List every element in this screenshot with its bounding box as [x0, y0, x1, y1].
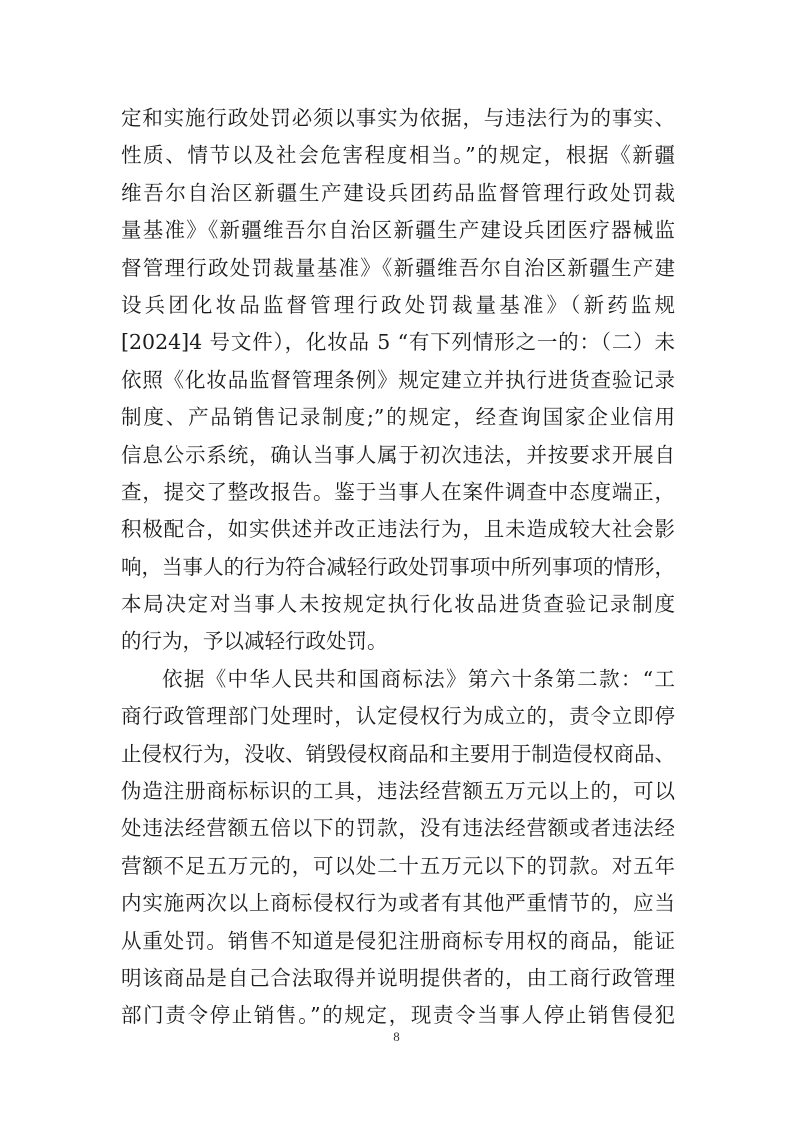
text-line-paragraph-end: 的行为，予以减轻行政处罚。	[121, 623, 675, 660]
text-line-paragraph-start: 依据《中华人民共和国商标法》第六十条第二款：“工	[121, 661, 675, 698]
text-line: 响，当事人的行为符合减轻行政处罚事项中所列事项的情形，	[121, 549, 675, 586]
page-number: 8	[0, 1029, 793, 1045]
text-line: 设兵团化妆品监督管理行政处罚裁量基准》（新药监规	[121, 287, 675, 324]
text-line: 本局决定对当事人未按规定执行化妆品进货查验记录制度	[121, 586, 675, 623]
text-line: 制度、产品销售记录制度;”的规定，经查询国家企业信用	[121, 399, 675, 436]
text-line: 内实施两次以上商标侵权行为或者有其他严重情节的，应当	[121, 885, 675, 922]
text-line: 量基准》《新疆维吾尔自治区新疆生产建设兵团医疗器械监	[121, 212, 675, 249]
text-line: 性质、情节以及社会危害程度相当。”的规定，根据《新疆	[121, 137, 675, 174]
document-body: 定和实施行政处罚必须以事实为依据，与违法行为的事实、 性质、情节以及社会危害程度…	[121, 100, 675, 1035]
text-line: [2024]4 号文件），化妆品 5 “有下列情形之一的：（二）未	[121, 324, 675, 361]
text-line: 从重处罚。销售不知道是侵犯注册商标专用权的商品，能证	[121, 923, 675, 960]
text-line: 信息公示系统，确认当事人属于初次违法，并按要求开展自	[121, 437, 675, 474]
text-line: 止侵权行为，没收、销毁侵权商品和主要用于制造侵权商品、	[121, 736, 675, 773]
text-line: 维吾尔自治区新疆生产建设兵团药品监督管理行政处罚裁	[121, 175, 675, 212]
text-line: 处违法经营额五倍以下的罚款，没有违法经营额或者违法经	[121, 810, 675, 847]
text-line: 依照《化妆品监督管理条例》规定建立并执行进货查验记录	[121, 362, 675, 399]
text-line: 查，提交了整改报告。鉴于当事人在案件调查中态度端正，	[121, 474, 675, 511]
text-line: 商行政管理部门处理时，认定侵权行为成立的，责令立即停	[121, 698, 675, 735]
text-line: 伪造注册商标标识的工具，违法经营额五万元以上的，可以	[121, 773, 675, 810]
document-page: 定和实施行政处罚必须以事实为依据，与违法行为的事实、 性质、情节以及社会危害程度…	[0, 0, 793, 1122]
text-line: 营额不足五万元的，可以处二十五万元以下的罚款。对五年	[121, 848, 675, 885]
text-line: 督管理行政处罚裁量基准》《新疆维吾尔自治区新疆生产建	[121, 250, 675, 287]
text-line: 明该商品是自己合法取得并说明提供者的，由工商行政管理	[121, 960, 675, 997]
text-line: 定和实施行政处罚必须以事实为依据，与违法行为的事实、	[121, 100, 675, 137]
text-line: 积极配合，如实供述并改正违法行为，且未造成较大社会影	[121, 511, 675, 548]
